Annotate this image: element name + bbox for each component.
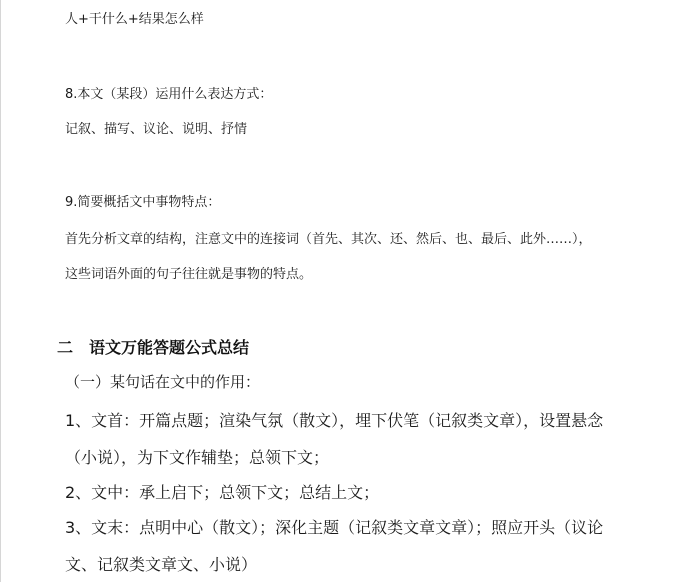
question-9-answer-line-2: 这些词语外面的句子往往就是事物的特点。 (65, 268, 312, 281)
item-2-line-1: 2、文中：承上启下；总领下文；总结上文； (65, 485, 379, 501)
item-3-line-2: 文、记叙类文章文、小说） (65, 557, 257, 573)
question-8-title: 8.本文（某段）运用什么表达方式： (65, 88, 272, 101)
section-two-heading: 二语文万能答题公式总结 (57, 340, 249, 356)
question-8-answer: 记叙、描写、议论、说明、抒情 (65, 123, 247, 136)
section-number: 二 (57, 340, 89, 356)
section-title: 语文万能答题公式总结 (89, 338, 249, 357)
subsection-1-title: （一）某句话在文中的作用： (65, 375, 260, 390)
question-9-title: 9.简要概括文中事物特点： (65, 196, 220, 209)
question-9-answer-line-1: 首先分析文章的结构，注意文中的连接词（首先、其次、还、然后、也、最后、此外……）… (65, 233, 592, 246)
item-1-line-1: 1、文首：开篇点题；渲染气氛（散文），埋下伏笔（记叙类文章），设置悬念 (65, 413, 603, 429)
document-page: 人+干什么+结果怎么样 8.本文（某段）运用什么表达方式： 记叙、描写、议论、说… (0, 0, 693, 582)
item-3-line-1: 3、文末：点明中心（散文）；深化主题（记叙类文章文章）；照应开头（议论 (65, 520, 603, 536)
item-1-line-2: （小说），为下文作辅垫；总领下文； (65, 450, 329, 466)
formula-line: 人+干什么+结果怎么样 (65, 13, 204, 26)
